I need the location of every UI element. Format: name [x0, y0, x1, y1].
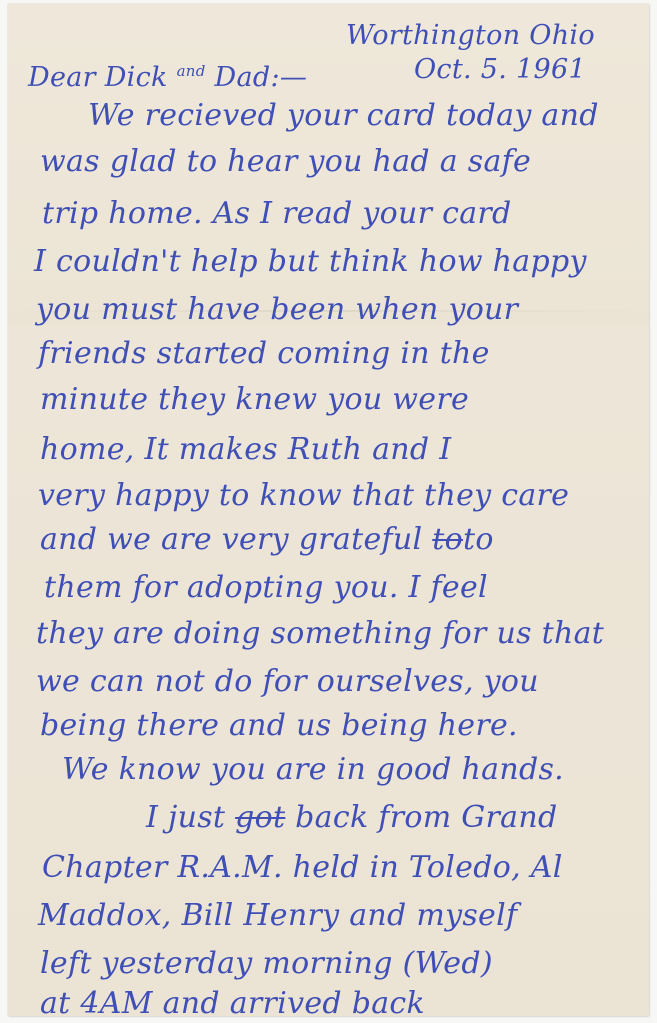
- salutation-before: Dear Dick: [28, 62, 177, 93]
- letter-line-18: Maddox, Bill Henry and myself: [38, 898, 517, 933]
- letter-line-2: was glad to hear you had a safe: [40, 144, 531, 179]
- letter-line-1: We recieved your card today and: [88, 98, 599, 133]
- letter-line-13: we can not do for ourselves, you: [36, 664, 539, 699]
- letter-paper: Worthington Ohio Oct. 5. 1961 Dear Dick …: [8, 4, 649, 1016]
- letter-line-7: minute they knew you were: [40, 382, 469, 417]
- letter-line-12: they are doing something for us that: [36, 616, 604, 651]
- letter-line-16-text: I just: [146, 800, 235, 835]
- struck-word: to: [432, 522, 463, 557]
- letter-line-20: at 4AM and arrived back: [40, 986, 425, 1021]
- letter-line-8: home, It makes Ruth and I: [40, 432, 451, 467]
- letter-line-15: We know you are in good hands.: [62, 752, 564, 787]
- letter-line-16: I just got back from Grand: [146, 800, 558, 835]
- letter-line-9: very happy to know that they care: [38, 478, 569, 513]
- letter-line-4: I couldn't help but think how happy: [34, 244, 587, 279]
- letter-line-14: being there and us being here.: [40, 708, 518, 743]
- letter-line-6: friends started coming in the: [38, 336, 490, 371]
- letter-line-17: Chapter R.A.M. held in Toledo, Al: [42, 850, 563, 885]
- letter-date: Oct. 5. 1961: [414, 54, 586, 85]
- scanned-letter-page: Worthington Ohio Oct. 5. 1961 Dear Dick …: [0, 0, 657, 1023]
- letter-line-16-after: back from Grand: [285, 800, 557, 835]
- salutation-superscript: and: [177, 62, 206, 80]
- struck-word: got: [235, 800, 285, 835]
- letter-salutation: Dear Dick and Dad:—: [28, 62, 307, 93]
- salutation-after: Dad:—: [206, 62, 308, 93]
- letter-line-5: you must have been when your: [36, 292, 518, 327]
- letter-line-3: trip home. As I read your card: [42, 196, 512, 231]
- letter-line-19: left yesterday morning (Wed): [40, 946, 493, 981]
- letter-line-10-after: to: [463, 522, 494, 557]
- letter-line-10-text: and we are very grateful: [40, 522, 432, 557]
- letter-line-10: and we are very grateful toto: [40, 522, 494, 557]
- letter-place: Worthington Ohio: [346, 20, 595, 51]
- letter-line-11: them for adopting you. I feel: [44, 570, 488, 605]
